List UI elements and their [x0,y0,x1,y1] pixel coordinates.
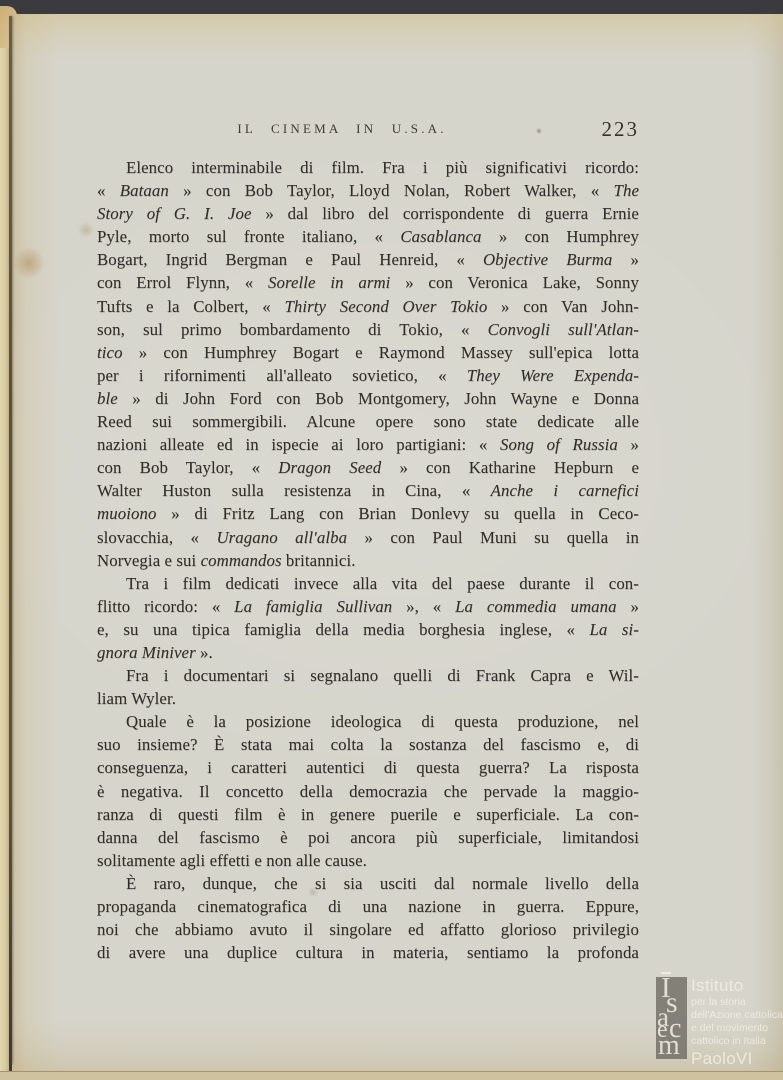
body-text: con Bob Taylor, « [97,458,278,477]
text-line: di avere una duplice cultura in materia,… [97,941,639,964]
body-text: Tra i film dedicati invece alla vita del… [126,574,639,593]
body-text: » dal libro del corrispondente di guerra… [252,204,639,223]
paragraph: È raro, dunque, che si sia usciti dal no… [97,872,639,964]
text-line: noi che abbiamo avuto il singolare ed af… [97,918,639,941]
body-text: di avere una duplice cultura in materia,… [97,943,639,962]
film-title-text: ble [97,389,118,408]
film-title-text: Uragano all'alba [216,528,347,547]
text-line: Tra i film dedicati invece alla vita del… [97,572,639,595]
body-text: solitamente agli effetti e non alle caus… [97,851,367,870]
text-line: e, su una tipica famiglia della media bo… [97,618,639,641]
body-text: » con Paul Muni su quella in [347,528,639,547]
body-text: Quale è la posizione ideologica di quest… [126,712,639,731]
body-text: » con Humphrey [482,227,639,246]
text-line: Quale è la posizione ideologica di quest… [97,710,639,733]
page-header: IL CINEMA IN U.S.A. 223 [97,117,639,141]
film-title-text: Story of G. I. Joe [97,204,252,223]
text-line: Fra i documentari si segnalano quelli di… [97,664,639,687]
body-text: » [618,435,639,454]
text-line: ranza di questi film è in genere puerile… [97,803,639,826]
text-line: con Bob Taylor, « Dragon Seed » con Kath… [97,456,639,479]
body-text: son, sul primo bombardamento di Tokio, « [97,320,488,339]
film-title-text: Dragon Seed [278,458,381,477]
paragraph: Tra i film dedicati invece alla vita del… [97,572,639,664]
paragraph: Elenco interminabile di film. Fra i più … [97,156,639,572]
film-title-text: They Were Expenda- [467,366,639,385]
body-text: » con Van John- [487,297,639,316]
text-line: solitamente agli effetti e non alle caus… [97,849,639,872]
body-text: noi che abbiamo avuto il singolare ed af… [97,920,639,939]
body-text: È raro, dunque, che si sia usciti dal no… [126,874,639,893]
body-text: » di John Ford con Bob Montgomery, John … [118,389,639,408]
body-text: conseguenza, i caratteri autentici di qu… [97,758,639,777]
paragraph: Fra i documentari si segnalano quelli di… [97,664,639,710]
text-line: per i rifornimenti all'alleato sovietico… [97,364,639,387]
body-text: Bogart, Ingrid Bergman e Paul Henreid, « [97,250,483,269]
paper-stain [78,221,94,239]
body-text: flitto ricordo: « [97,597,234,616]
body-text: » con Bob Taylor, Lloyd Nolan, Robert Wa… [169,181,614,200]
text-line: conseguenza, i caratteri autentici di qu… [97,756,639,779]
body-text: », « [392,597,455,616]
body-text: ». [196,643,213,662]
text-line: ble » di John Ford con Bob Montgomery, J… [97,387,639,410]
text-line: slovacchia, « Uragano all'alba » con Pau… [97,526,639,549]
body-text: Tufts e la Colbert, « [97,297,284,316]
text-line: danna del fascismo è poi ancora più supe… [97,826,639,849]
film-title-text: Sorelle in armi [268,273,390,292]
text-line: propaganda cinematografica di una nazion… [97,895,639,918]
body-text: suo insieme? È stata mai colta la sostan… [97,735,639,754]
next-page-bottom-edge [0,1071,783,1080]
body-text: ranza di questi film è in genere puerile… [97,805,639,824]
text-line: È raro, dunque, che si sia usciti dal no… [97,872,639,895]
body-text: liam Wyler. [97,689,176,708]
text-line: Pyle, morto sul fronte italiano, « Casab… [97,225,639,248]
text-line: Story of G. I. Joe » dal libro del corri… [97,202,639,225]
text-line: Elenco interminabile di film. Fra i più … [97,156,639,179]
body-text: » [617,597,639,616]
film-title-text: muoiono [97,504,156,523]
text-line: « Bataan » con Bob Taylor, Lloyd Nolan, … [97,179,639,202]
film-title-text: La si- [589,620,639,639]
body-text: è negativa. Il concetto della democrazia… [97,782,639,801]
text-line: Reed sui sommergibili. Alcune opere sono… [97,410,639,433]
film-title-text: Convogli sull'Atlan- [488,320,639,339]
body-text: « [97,181,120,200]
paragraph: Quale è la posizione ideologica di quest… [97,710,639,872]
body-text: Walter Huston sulla resistenza in Cina, … [97,481,491,500]
text-line: liam Wyler. [97,687,639,710]
adjacent-page-edge [0,13,9,1073]
body-text: » [612,250,639,269]
text-block: Elenco interminabile di film. Fra i più … [97,156,639,964]
text-line: Walter Huston sulla resistenza in Cina, … [97,479,639,502]
body-text: » con Humphrey Bogart e Raymond Massey s… [123,343,639,362]
film-title-text: commandos [201,551,282,570]
body-text: Pyle, morto sul fronte italiano, « [97,227,400,246]
film-title-text: tico [97,343,123,362]
film-title-text: Thirty Second Over Tokio [284,297,487,316]
film-title-text: Bataan [120,181,169,200]
text-line: flitto ricordo: « La famiglia Sullivan »… [97,595,639,618]
body-text: Reed sui sommergibili. Alcune opere sono… [97,412,639,431]
film-title-text: Song of Russia [500,435,618,454]
text-line: gnora Miniver ». [97,641,639,664]
text-line: tico » con Humphrey Bogart e Raymond Mas… [97,341,639,364]
film-title-text: La commedia umana [455,597,617,616]
paper-stain [14,246,44,280]
body-text: nazioni alleate ed in ispecie ai loro pa… [97,435,500,454]
body-text: » con Veronica Lake, Sonny [390,273,639,292]
body-text: » di Fritz Lang con Brian Donlevy su que… [156,504,639,523]
body-text: danna del fascismo è poi ancora più supe… [97,828,639,847]
body-text: Elenco interminabile di film. Fra i più … [126,158,639,177]
body-text: per i rifornimenti all'alleato sovietico… [97,366,467,385]
text-line: Norvegia e sui commandos britannici. [97,549,639,572]
body-text: slovacchia, « [97,528,216,547]
film-title-text: gnora Miniver [97,643,196,662]
body-text: e, su una tipica famiglia della media bo… [97,620,589,639]
body-text: Norvegia e sui [97,551,201,570]
film-title-text: The [614,181,639,200]
text-line: Bogart, Ingrid Bergman e Paul Henreid, «… [97,248,639,271]
body-text: » con Katharine Hepburn e [381,458,639,477]
body-text: Fra i documentari si segnalano quelli di… [126,666,639,685]
book-scan: IL CINEMA IN U.S.A. 223 Elenco intermina… [0,0,783,1080]
film-title-text: Anche i carnefici [491,481,639,500]
text-line: nazioni alleate ed in ispecie ai loro pa… [97,433,639,456]
page-number: 223 [602,117,640,142]
running-title: IL CINEMA IN U.S.A. [71,121,613,137]
text-line: è negativa. Il concetto della democrazia… [97,780,639,803]
text-line: son, sul primo bombardamento di Tokio, «… [97,318,639,341]
film-title-text: Casablanca [400,227,481,246]
text-line: muoiono » di Fritz Lang con Brian Donlev… [97,502,639,525]
text-line: suo insieme? È stata mai colta la sostan… [97,733,639,756]
film-title-text: Objective Burma [483,250,612,269]
body-text: propaganda cinematografica di una nazion… [97,897,639,916]
body-text: con Errol Flynn, « [97,273,268,292]
film-title-text: La famiglia Sullivan [234,597,392,616]
body-text: britannici. [282,551,356,570]
text-line: Tufts e la Colbert, « Thirty Second Over… [97,295,639,318]
text-line: con Errol Flynn, « Sorelle in armi » con… [97,271,639,294]
binding-gutter-shadow [9,16,12,1064]
